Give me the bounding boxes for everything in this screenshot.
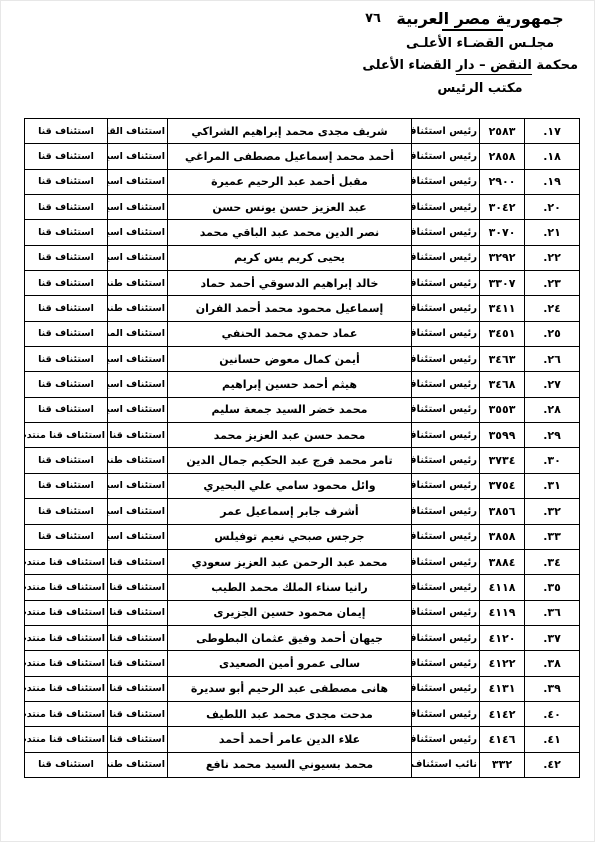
cell-assigned-court: استئناف قنا	[25, 220, 108, 245]
roster-row: ٣٩. ٤١٣١ رئيس استئناف هانى مصطفى عبد الر…	[25, 676, 580, 701]
roster-row: ٣٤. ٣٨٨٤ رئيس استئناف محمد عبد الرحمن عب…	[25, 549, 580, 574]
cell-row-number: ٣٤.	[525, 549, 580, 574]
cell-seniority-number: ٤١١٨	[480, 575, 525, 600]
cell-job-title: نائب استئناف	[412, 752, 480, 777]
cell-job-title: رئيس استئناف	[412, 296, 480, 321]
cell-seniority-number: ٤١٢٠	[480, 625, 525, 650]
cell-seniority-number: ٤١٤٦	[480, 727, 525, 752]
cell-seniority-number: ٤١٢٢	[480, 651, 525, 676]
cell-judge-name: جيهان أحمد وفيق عثمان البطوطى	[168, 625, 412, 650]
cell-current-court: استئناف قنا	[108, 625, 168, 650]
cell-seniority-number: ٣٤١١	[480, 296, 525, 321]
cell-seniority-number: ٣٤٦٣	[480, 347, 525, 372]
roster-row: ٣١. ٣٧٥٤ رئيس استئناف وائل محمود سامي عل…	[25, 473, 580, 498]
cell-current-court: استئناف اسيوط	[108, 144, 168, 169]
cell-row-number: ٢٠.	[525, 195, 580, 220]
cell-current-court: استئناف اسيوط	[108, 195, 168, 220]
cell-judge-name: هانى مصطفى عبد الرحيم أبو سديرة	[168, 676, 412, 701]
roster-row: ٣٢. ٣٨٥٦ رئيس استئناف أشرف جابر إسماعيل …	[25, 499, 580, 524]
cell-job-title: رئيس استئناف	[412, 271, 480, 296]
cell-seniority-number: ٣٨٥٦	[480, 499, 525, 524]
cell-row-number: ٢٧.	[525, 372, 580, 397]
roster-row: ٢١. ٣٠٧٠ رئيس استئناف نصر الدين محمد عبد…	[25, 220, 580, 245]
cell-row-number: ٣٣.	[525, 524, 580, 549]
cell-seniority-number: ٣٤٦٨	[480, 372, 525, 397]
roster-row: ٢٩. ٣٥٩٩ رئيس استئناف محمد حسن عبد العزي…	[25, 423, 580, 448]
cell-judge-name: محمد عبد الرحمن عبد العزيز سعودي	[168, 549, 412, 574]
cell-row-number: ٢٣.	[525, 271, 580, 296]
cell-row-number: ٣٧.	[525, 625, 580, 650]
cell-row-number: ٢١.	[525, 220, 580, 245]
cell-job-title: رئيس استئناف	[412, 676, 480, 701]
cell-judge-name: محمد حسن عبد العزيز محمد	[168, 423, 412, 448]
cell-current-court: استئناف قنا	[108, 651, 168, 676]
cell-judge-name: سالى عمرو أمين الصعيدى	[168, 651, 412, 676]
cell-job-title: رئيس استئناف	[412, 549, 480, 574]
cell-seniority-number: ٣٥٩٩	[480, 423, 525, 448]
cell-row-number: ١٩.	[525, 169, 580, 194]
cell-job-title: رئيس استئناف	[412, 499, 480, 524]
cell-row-number: ٢٢.	[525, 245, 580, 270]
cell-job-title: رئيس استئناف	[412, 220, 480, 245]
cell-assigned-court: استئناف قنا	[25, 169, 108, 194]
cell-job-title: رئيس استئناف	[412, 727, 480, 752]
roster-row: ٢٤. ٣٤١١ رئيس استئناف إسماعيل محمود محمد…	[25, 296, 580, 321]
court-line-pre: محكمة	[532, 58, 578, 73]
cell-current-court: استئناف قنا	[108, 549, 168, 574]
cell-assigned-court: استئناف قنا منتدب	[25, 701, 108, 726]
roster-row: ٢٧. ٣٤٦٨ رئيس استئناف هيثم أحمد حسين إبر…	[25, 372, 580, 397]
cell-current-court: استئناف اسيوط	[108, 220, 168, 245]
cell-job-title: رئيس استئناف	[412, 448, 480, 473]
cell-row-number: ٤١.	[525, 727, 580, 752]
cell-row-number: ١٨.	[525, 144, 580, 169]
roster-row: ٢٠. ٣٠٤٢ رئيس استئناف عبد العزيز حسن يون…	[25, 195, 580, 220]
cell-seniority-number: ٣٠٤٢	[480, 195, 525, 220]
cell-job-title: رئيس استئناف	[412, 423, 480, 448]
cell-judge-name: إيمان محمود حسين الجزيرى	[168, 600, 412, 625]
roster-table-body: ١٧. ٢٥٨٣ رئيس استئناف شريف مجدى محمد إبر…	[25, 119, 580, 778]
cell-row-number: ٣١.	[525, 473, 580, 498]
cell-current-court: استئناف قنا	[108, 575, 168, 600]
cell-row-number: ٤٢.	[525, 752, 580, 777]
cell-judge-name: مقبل أحمد عبد الرحيم عميرة	[168, 169, 412, 194]
cell-seniority-number: ٣٠٧٠	[480, 220, 525, 245]
cell-current-court: استئناف اسيوط	[108, 499, 168, 524]
cell-assigned-court: استئناف قنا	[25, 448, 108, 473]
cell-row-number: ٢٩.	[525, 423, 580, 448]
cell-judge-name: علاء الدين عامر أحمد أحمد	[168, 727, 412, 752]
cell-current-court: استئناف طنطا	[108, 271, 168, 296]
roster-row: ١٧. ٢٥٨٣ رئيس استئناف شريف مجدى محمد إبر…	[25, 119, 580, 144]
cell-assigned-court: استئناف قنا منتدب	[25, 625, 108, 650]
roster-row: ٣٥. ٤١١٨ رئيس استئناف رانيا سناء الملك م…	[25, 575, 580, 600]
cell-seniority-number: ٢٨٥٨	[480, 144, 525, 169]
cell-seniority-number: ٢٩٠٠	[480, 169, 525, 194]
cell-seniority-number: ٣٢٩٢	[480, 245, 525, 270]
cell-assigned-court: استئناف قنا	[25, 195, 108, 220]
cell-job-title: رئيس استئناف	[412, 473, 480, 498]
cell-judge-name: أحمد محمد إسماعيل مصطفى المراغي	[168, 144, 412, 169]
cell-assigned-court: استئناف قنا منتدب	[25, 651, 108, 676]
cell-current-court: استئناف اسيوط	[108, 245, 168, 270]
supreme-judicial-council-line: مجلـس القضـاء الأعلـى	[382, 36, 578, 52]
cell-current-court: استئناف المنصورة	[108, 321, 168, 346]
cell-assigned-court: استئناف قنا	[25, 499, 108, 524]
cell-row-number: ٢٨.	[525, 397, 580, 422]
roster-row: ٢٣. ٣٣٠٧ رئيس استئناف خالد إبراهيم الدسو…	[25, 271, 580, 296]
cell-current-court: استئناف القاهرة	[108, 119, 168, 144]
cell-row-number: ٣٦.	[525, 600, 580, 625]
cell-assigned-court: استئناف قنا	[25, 397, 108, 422]
roster-row: ٣٨. ٤١٢٢ رئيس استئناف سالى عمرو أمين الص…	[25, 651, 580, 676]
cell-current-court: استئناف اسيوط	[108, 372, 168, 397]
roster-row: ٢٥. ٣٤٥١ رئيس استئناف عماد حمدي محمد الح…	[25, 321, 580, 346]
cell-row-number: ٢٤.	[525, 296, 580, 321]
cell-assigned-court: استئناف قنا منتدب	[25, 549, 108, 574]
cell-judge-name: جرجس صبحي نعيم توفيلس	[168, 524, 412, 549]
cell-judge-name: نصر الدين محمد عبد الباقي محمد	[168, 220, 412, 245]
roster-row: ٤١. ٤١٤٦ رئيس استئناف علاء الدين عامر أح…	[25, 727, 580, 752]
cell-judge-name: وائل محمود سامي علي البحيري	[168, 473, 412, 498]
cell-row-number: ٢٦.	[525, 347, 580, 372]
cell-judge-name: رانيا سناء الملك محمد الطيب	[168, 575, 412, 600]
republic-title-pre: جمهورية	[490, 9, 563, 28]
cell-judge-name: أيمن كمال معوض حسانين	[168, 347, 412, 372]
cell-assigned-court: استئناف قنا منتدب	[25, 423, 108, 448]
cell-job-title: رئيس استئناف	[412, 701, 480, 726]
court-line-underlined: النقض – دار	[456, 58, 532, 75]
cell-seniority-number: ٣٤٥١	[480, 321, 525, 346]
roster-row: ٣٧. ٤١٢٠ رئيس استئناف جيهان أحمد وفيق عث…	[25, 625, 580, 650]
cell-seniority-number: ٣٣٢	[480, 752, 525, 777]
court-of-cassation-line: محكمة النقض – دار القضاء الأعلى	[382, 58, 578, 74]
cell-seniority-number: ٢٥٨٣	[480, 119, 525, 144]
cell-current-court: استئناف قنا	[108, 701, 168, 726]
cell-assigned-court: استئناف قنا	[25, 271, 108, 296]
cell-current-court: استئناف طنطا	[108, 752, 168, 777]
cell-job-title: رئيس استئناف	[412, 245, 480, 270]
cell-assigned-court: استئناف قنا	[25, 372, 108, 397]
roster-row: ٢٨. ٣٥٥٣ رئيس استئناف محمد خضر السيد جمع…	[25, 397, 580, 422]
cell-row-number: ٣٨.	[525, 651, 580, 676]
cell-job-title: رئيس استئناف	[412, 169, 480, 194]
republic-title: جمهورية مصر العربية	[382, 9, 578, 29]
cell-row-number: ٣٩.	[525, 676, 580, 701]
cell-seniority-number: ٤١٣١	[480, 676, 525, 701]
cell-seniority-number: ٣٨٥٨	[480, 524, 525, 549]
cell-assigned-court: استئناف قنا منتدب	[25, 575, 108, 600]
cell-judge-name: إسماعيل محمود محمد أحمد الفران	[168, 296, 412, 321]
cell-judge-name: محمد خضر السيد جمعة سليم	[168, 397, 412, 422]
roster-row: ٤٠. ٤١٤٢ رئيس استئناف مدحت مجدى محمد عبد…	[25, 701, 580, 726]
cell-seniority-number: ٣٧٣٤	[480, 448, 525, 473]
cell-job-title: رئيس استئناف	[412, 524, 480, 549]
roster-row: ٣٦. ٤١١٩ رئيس استئناف إيمان محمود حسين ا…	[25, 600, 580, 625]
cell-job-title: رئيس استئناف	[412, 651, 480, 676]
cell-current-court: استئناف قنا	[108, 727, 168, 752]
cell-current-court: استئناف قنا	[108, 600, 168, 625]
cell-assigned-court: استئناف قنا منتدب	[25, 600, 108, 625]
cell-job-title: رئيس استئناف	[412, 575, 480, 600]
cell-judge-name: تامر محمد فرج عبد الحكيم جمال الدين	[168, 448, 412, 473]
cell-judge-name: أشرف جابر إسماعيل عمر	[168, 499, 412, 524]
cell-assigned-court: استئناف قنا	[25, 752, 108, 777]
cell-judge-name: عبد العزيز حسن يونس حسن	[168, 195, 412, 220]
roster-row: ١٨. ٢٨٥٨ رئيس استئناف أحمد محمد إسماعيل …	[25, 144, 580, 169]
cell-job-title: رئيس استئناف	[412, 600, 480, 625]
cell-job-title: رئيس استئناف	[412, 119, 480, 144]
cell-current-court: استئناف اسيوط	[108, 473, 168, 498]
cell-assigned-court: استئناف قنا	[25, 245, 108, 270]
cell-seniority-number: ٣٨٨٤	[480, 549, 525, 574]
cell-current-court: استئناف قنا	[108, 676, 168, 701]
cell-row-number: ٣٥.	[525, 575, 580, 600]
cell-judge-name: محمد بسيوني السيد محمد نافع	[168, 752, 412, 777]
roster-row: ١٩. ٢٩٠٠ رئيس استئناف مقبل أحمد عبد الرح…	[25, 169, 580, 194]
cell-assigned-court: استئناف قنا منتدب	[25, 727, 108, 752]
cell-assigned-court: استئناف قنا	[25, 119, 108, 144]
cell-current-court: استئناف اسيوط	[108, 524, 168, 549]
cell-judge-name: مدحت مجدى محمد عبد اللطيف	[168, 701, 412, 726]
cell-current-court: استئناف طنطا	[108, 448, 168, 473]
roster-row: ٢٢. ٣٢٩٢ رئيس استئناف يحيى كريم يس كريم …	[25, 245, 580, 270]
cell-row-number: ١٧.	[525, 119, 580, 144]
cell-assigned-court: استئناف قنا	[25, 347, 108, 372]
cell-seniority-number: ٣٧٥٤	[480, 473, 525, 498]
cell-seniority-number: ٤١٤٢	[480, 701, 525, 726]
cell-job-title: رئيس استئناف	[412, 347, 480, 372]
roster-row: ٣٠. ٣٧٣٤ رئيس استئناف تامر محمد فرج عبد …	[25, 448, 580, 473]
cell-assigned-court: استئناف قنا	[25, 144, 108, 169]
cell-current-court: استئناف طنطا	[108, 296, 168, 321]
cell-assigned-court: استئناف قنا	[25, 296, 108, 321]
court-line-post: القضاء الأعلى	[362, 58, 456, 73]
cell-assigned-court: استئناف قنا	[25, 524, 108, 549]
cell-current-court: استئناف قنا	[108, 423, 168, 448]
cell-current-court: استئناف اسيوط	[108, 397, 168, 422]
cell-seniority-number: ٤١١٩	[480, 600, 525, 625]
judges-roster-table: ١٧. ٢٥٨٣ رئيس استئناف شريف مجدى محمد إبر…	[24, 118, 580, 778]
cell-row-number: ٤٠.	[525, 701, 580, 726]
roster-row: ٤٢. ٣٣٢ نائب استئناف محمد بسيوني السيد م…	[25, 752, 580, 777]
cell-assigned-court: استئناف قنا	[25, 473, 108, 498]
roster-row: ٣٣. ٣٨٥٨ رئيس استئناف جرجس صبحي نعيم توف…	[25, 524, 580, 549]
document-header: جمهورية مصر العربية مجلـس القضـاء الأعلـ…	[382, 9, 578, 97]
cell-judge-name: يحيى كريم يس كريم	[168, 245, 412, 270]
cell-job-title: رئيس استئناف	[412, 195, 480, 220]
cell-assigned-court: استئناف قنا	[25, 321, 108, 346]
president-office-line: مكتب الرئيس	[382, 81, 578, 97]
cell-row-number: ٣٠.	[525, 448, 580, 473]
cell-job-title: رئيس استئناف	[412, 372, 480, 397]
cell-job-title: رئيس استئناف	[412, 144, 480, 169]
cell-seniority-number: ٣٣٠٧	[480, 271, 525, 296]
document-page: ٧٦ جمهورية مصر العربية مجلـس القضـاء الأ…	[0, 0, 595, 842]
cell-seniority-number: ٣٥٥٣	[480, 397, 525, 422]
cell-judge-name: خالد إبراهيم الدسوقي أحمد حماد	[168, 271, 412, 296]
cell-job-title: رئيس استئناف	[412, 397, 480, 422]
cell-judge-name: شريف مجدى محمد إبراهيم الشراكي	[168, 119, 412, 144]
cell-judge-name: هيثم أحمد حسين إبراهيم	[168, 372, 412, 397]
cell-job-title: رئيس استئناف	[412, 625, 480, 650]
cell-current-court: استئناف اسيوط	[108, 169, 168, 194]
cell-assigned-court: استئناف قنا منتدب	[25, 676, 108, 701]
cell-row-number: ٣٢.	[525, 499, 580, 524]
roster-row: ٢٦. ٣٤٦٣ رئيس استئناف أيمن كمال معوض حسا…	[25, 347, 580, 372]
cell-row-number: ٢٥.	[525, 321, 580, 346]
cell-job-title: رئيس استئناف	[412, 321, 480, 346]
cell-judge-name: عماد حمدي محمد الحنفي	[168, 321, 412, 346]
cell-current-court: استئناف اسيوط	[108, 347, 168, 372]
